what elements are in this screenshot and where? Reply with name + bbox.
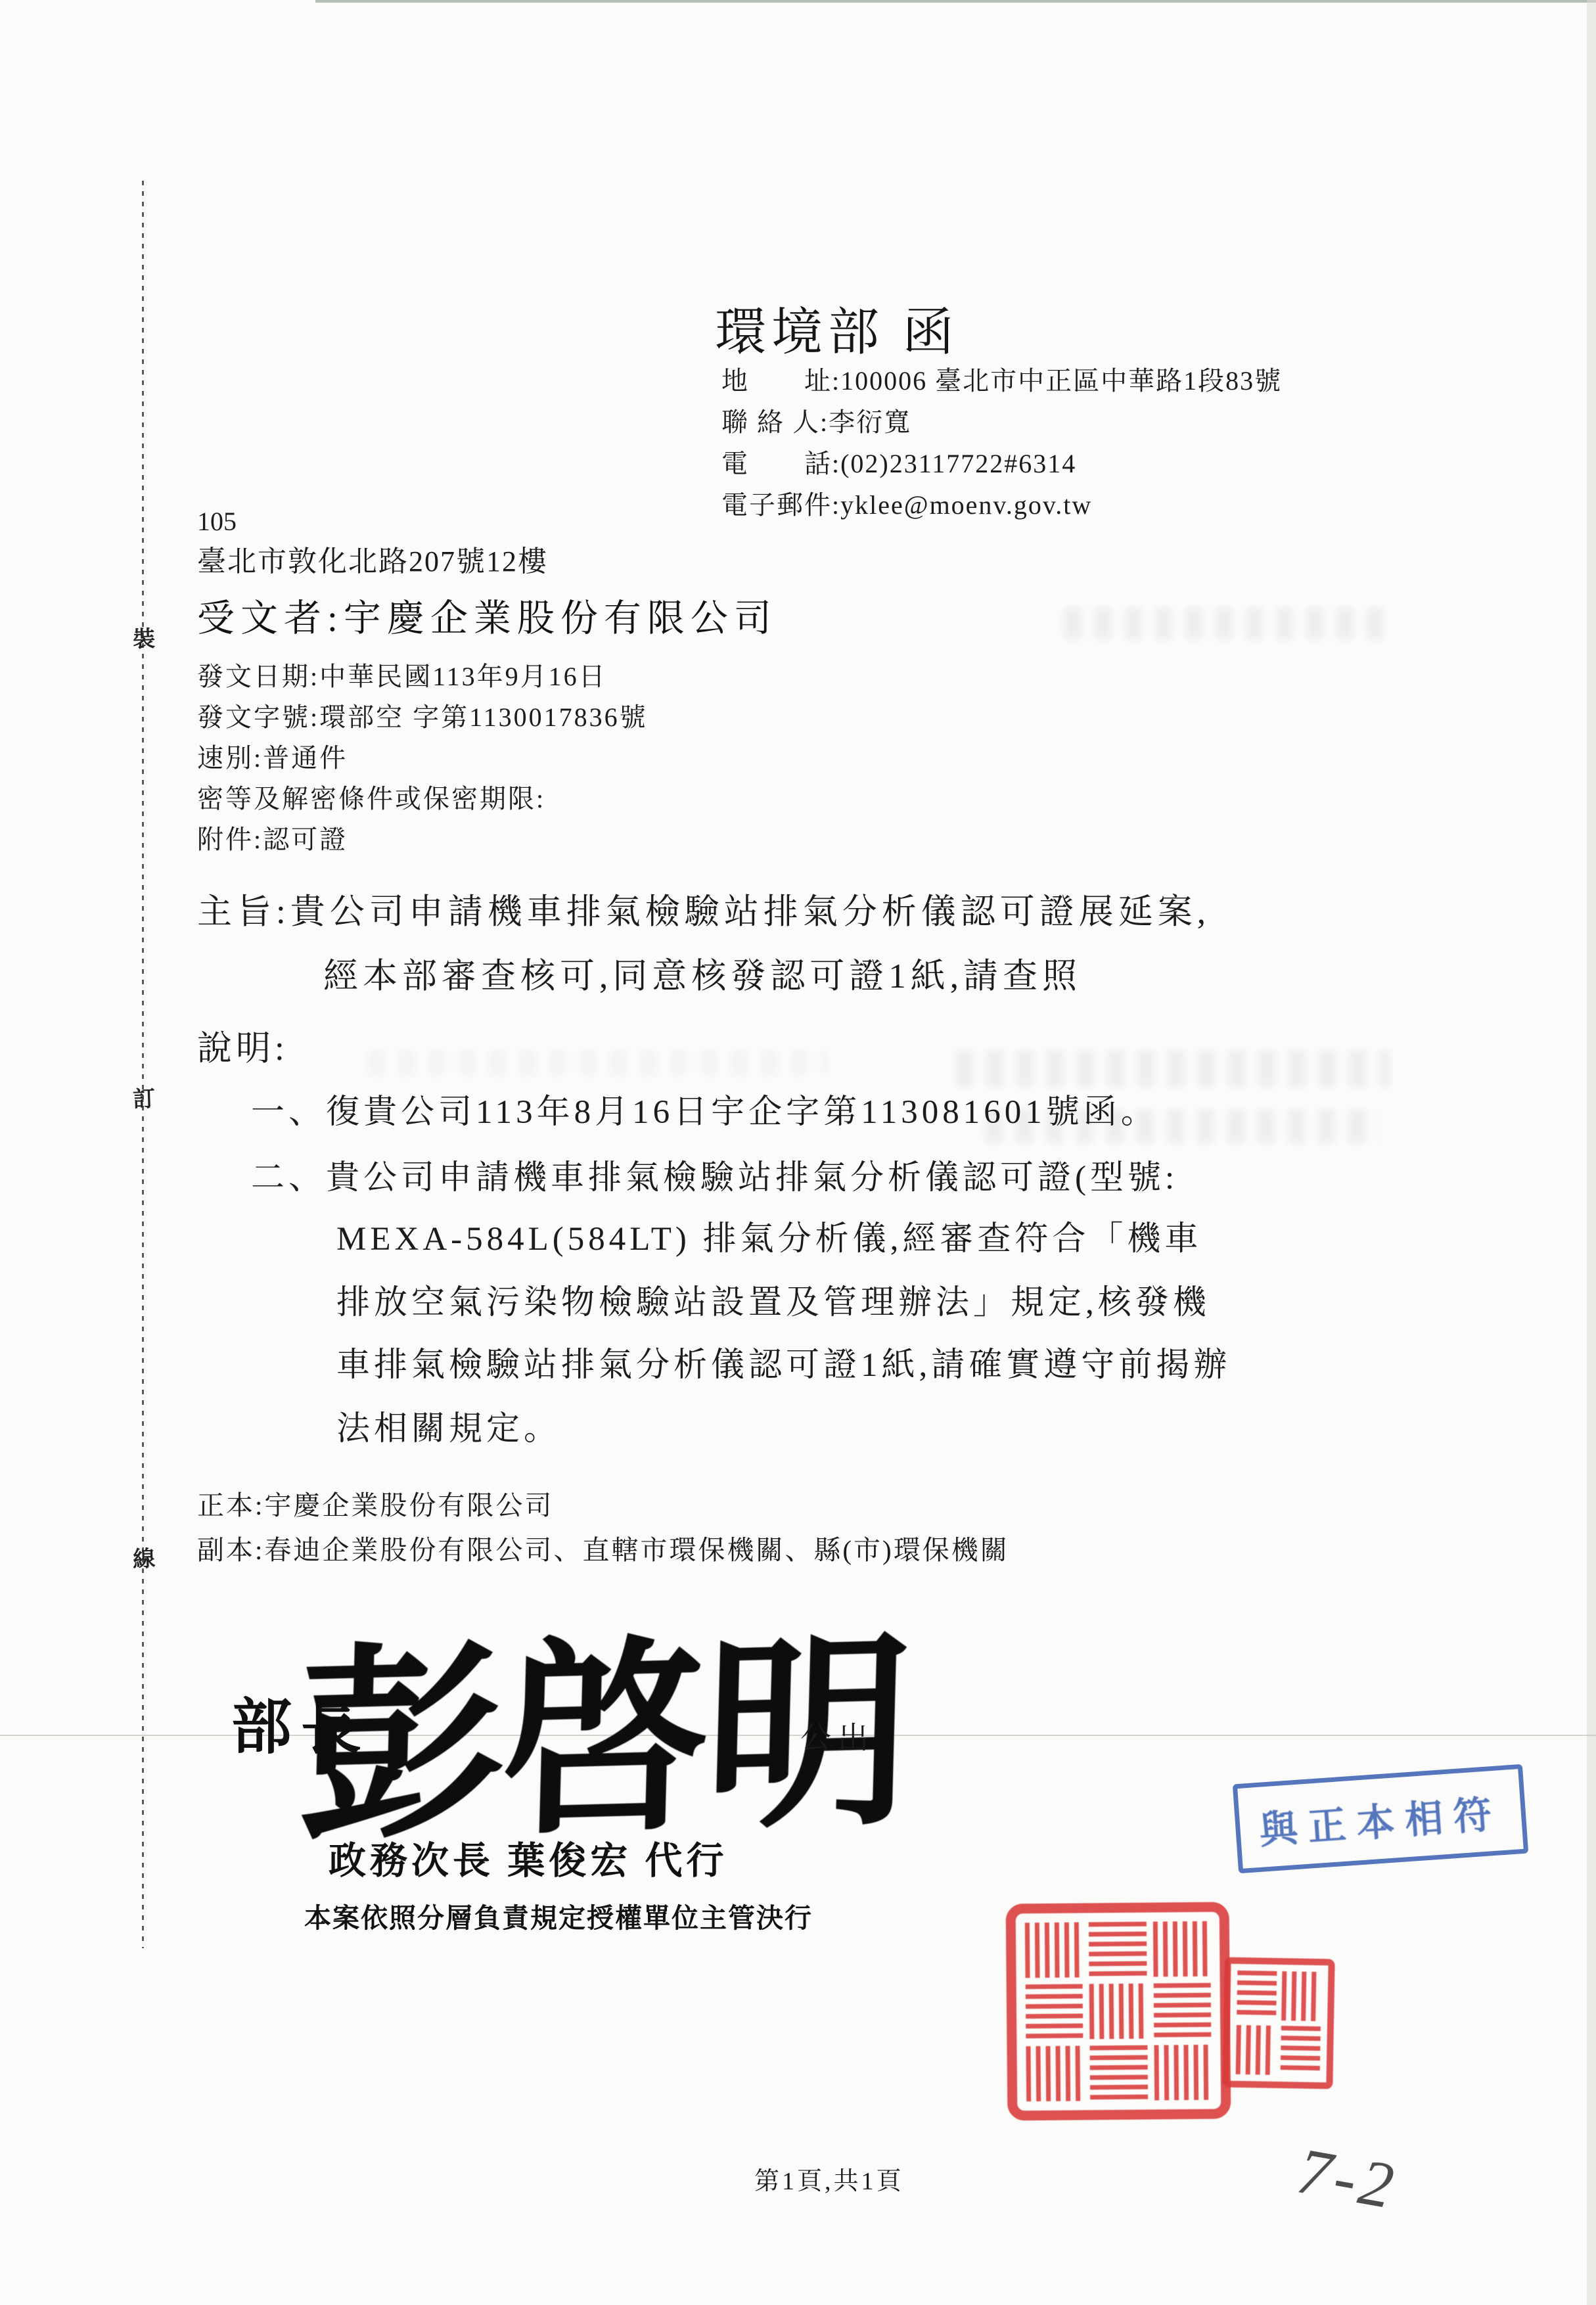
page-number-info: 第1頁,共1頁 — [754, 2160, 904, 2197]
contact-phone-line: 電 話:(02)23117722#6314 — [721, 443, 1076, 480]
speed-line: 速別:普通件 — [197, 737, 348, 775]
binding-mark-xian: 線 — [129, 1540, 159, 1574]
description-item-2-line-4: 車排氣檢驗站排氣分析儀認可證1紙,請確實遵守前揭辦 — [336, 1337, 1231, 1386]
small-red-seal — [1222, 1957, 1334, 2089]
seal-glyph — [1281, 2026, 1321, 2076]
description-item-2-line-1: 二、貴公司申請機車排氣檢驗站排氣分析儀認可證(型號: — [251, 1150, 1178, 1198]
handwritten-note: 7-2 — [1292, 2133, 1403, 2225]
contact-person-line: 聯 絡 人:李衍寬 — [721, 401, 911, 439]
seal-glyph — [1090, 2045, 1148, 2101]
seal-glyph — [1236, 2025, 1276, 2075]
scanned-official-letter: 裝 訂 線 環境部 函 地 址:100006 臺北市中正區中華路1段83號 聯 … — [0, 0, 1596, 2305]
contact-email-line: 電子郵件:yklee@moenv.gov.tw — [721, 484, 1092, 522]
seal-glyph — [1026, 2045, 1083, 2101]
seal-glyph — [1025, 1922, 1083, 1978]
attachment-line: 附件:認可證 — [197, 819, 348, 856]
cc-copy-line: 副本:春迪企業股份有限公司、直轄市環保機關、縣(市)環保機關 — [197, 1528, 1009, 1567]
seal-glyph — [1153, 1983, 1211, 2039]
away-on-duty-note: 公出 — [800, 1714, 875, 1758]
deputy-minister-line: 政務次長 葉俊宏 代行 — [329, 1831, 728, 1884]
description-heading: 說明: — [197, 1020, 288, 1070]
description-item-1: 一、復貴公司113年8月16日宇企字第113081601號函。 — [251, 1084, 1158, 1133]
bleed-through-smudge — [368, 1050, 828, 1076]
recipient-line: 受文者:宇慶企業股份有限公司 — [197, 588, 777, 642]
issue-date-line: 發文日期:中華民國113年9月16日 — [197, 656, 607, 693]
seal-glyph — [1154, 2045, 1212, 2101]
authorization-note: 本案依照分層負責規定授權單位主管決行 — [304, 1896, 813, 1935]
certified-true-copy-stamp-text: 與正本相符 — [1258, 1783, 1504, 1855]
seal-glyph — [1089, 1922, 1147, 1978]
large-red-agency-seal — [1006, 1902, 1231, 2121]
scan-top-edge-artifact — [315, 0, 1596, 3]
scan-right-edge-artifact — [1587, 0, 1596, 2305]
recipient-zip: 105 — [197, 506, 237, 537]
seal-glyph — [1237, 1971, 1277, 2020]
recipient-address: 臺北市敦化北路207號12樓 — [197, 537, 548, 580]
original-copy-line: 正本:宇慶企業股份有限公司 — [197, 1484, 553, 1522]
seal-glyph — [1089, 1984, 1147, 2040]
binding-mark-ding: 訂 — [129, 1080, 159, 1114]
binding-dotted-line — [142, 181, 144, 1948]
seal-glyph — [1152, 1921, 1210, 1977]
subject-line-2: 經本部審查核可,同意核發認可證1紙,請查照 — [323, 948, 1082, 998]
issue-number-line: 發文字號:環部空 字第1130017836號 — [197, 696, 648, 734]
bleed-through-smudge — [956, 1050, 1390, 1087]
security-line: 密等及解密條件或保密期限: — [197, 778, 545, 815]
description-item-2-line-3: 排放空氣污染物檢驗站設置及管理辦法」規定,核發機 — [336, 1275, 1210, 1323]
agency-address-line: 地 址:100006 臺北市中正區中華路1段83號 — [721, 360, 1282, 398]
bleed-through-smudge — [1064, 608, 1393, 639]
agency-title: 環境部 函 — [715, 291, 959, 365]
certified-true-copy-stamp: 與正本相符 — [1233, 1764, 1528, 1874]
description-item-2-line-5: 法相關規定。 — [336, 1401, 561, 1449]
binding-mark-zhuang: 裝 — [129, 620, 159, 654]
seal-glyph — [1026, 1984, 1083, 2040]
subject-line-1: 主旨:貴公司申請機車排氣檢驗站排氣分析儀認可證展延案, — [197, 884, 1210, 934]
description-item-2-line-2: MEXA-584L(584LT) 排氣分析儀,經審查符合「機車 — [336, 1211, 1202, 1260]
seal-glyph — [1281, 1971, 1321, 2021]
